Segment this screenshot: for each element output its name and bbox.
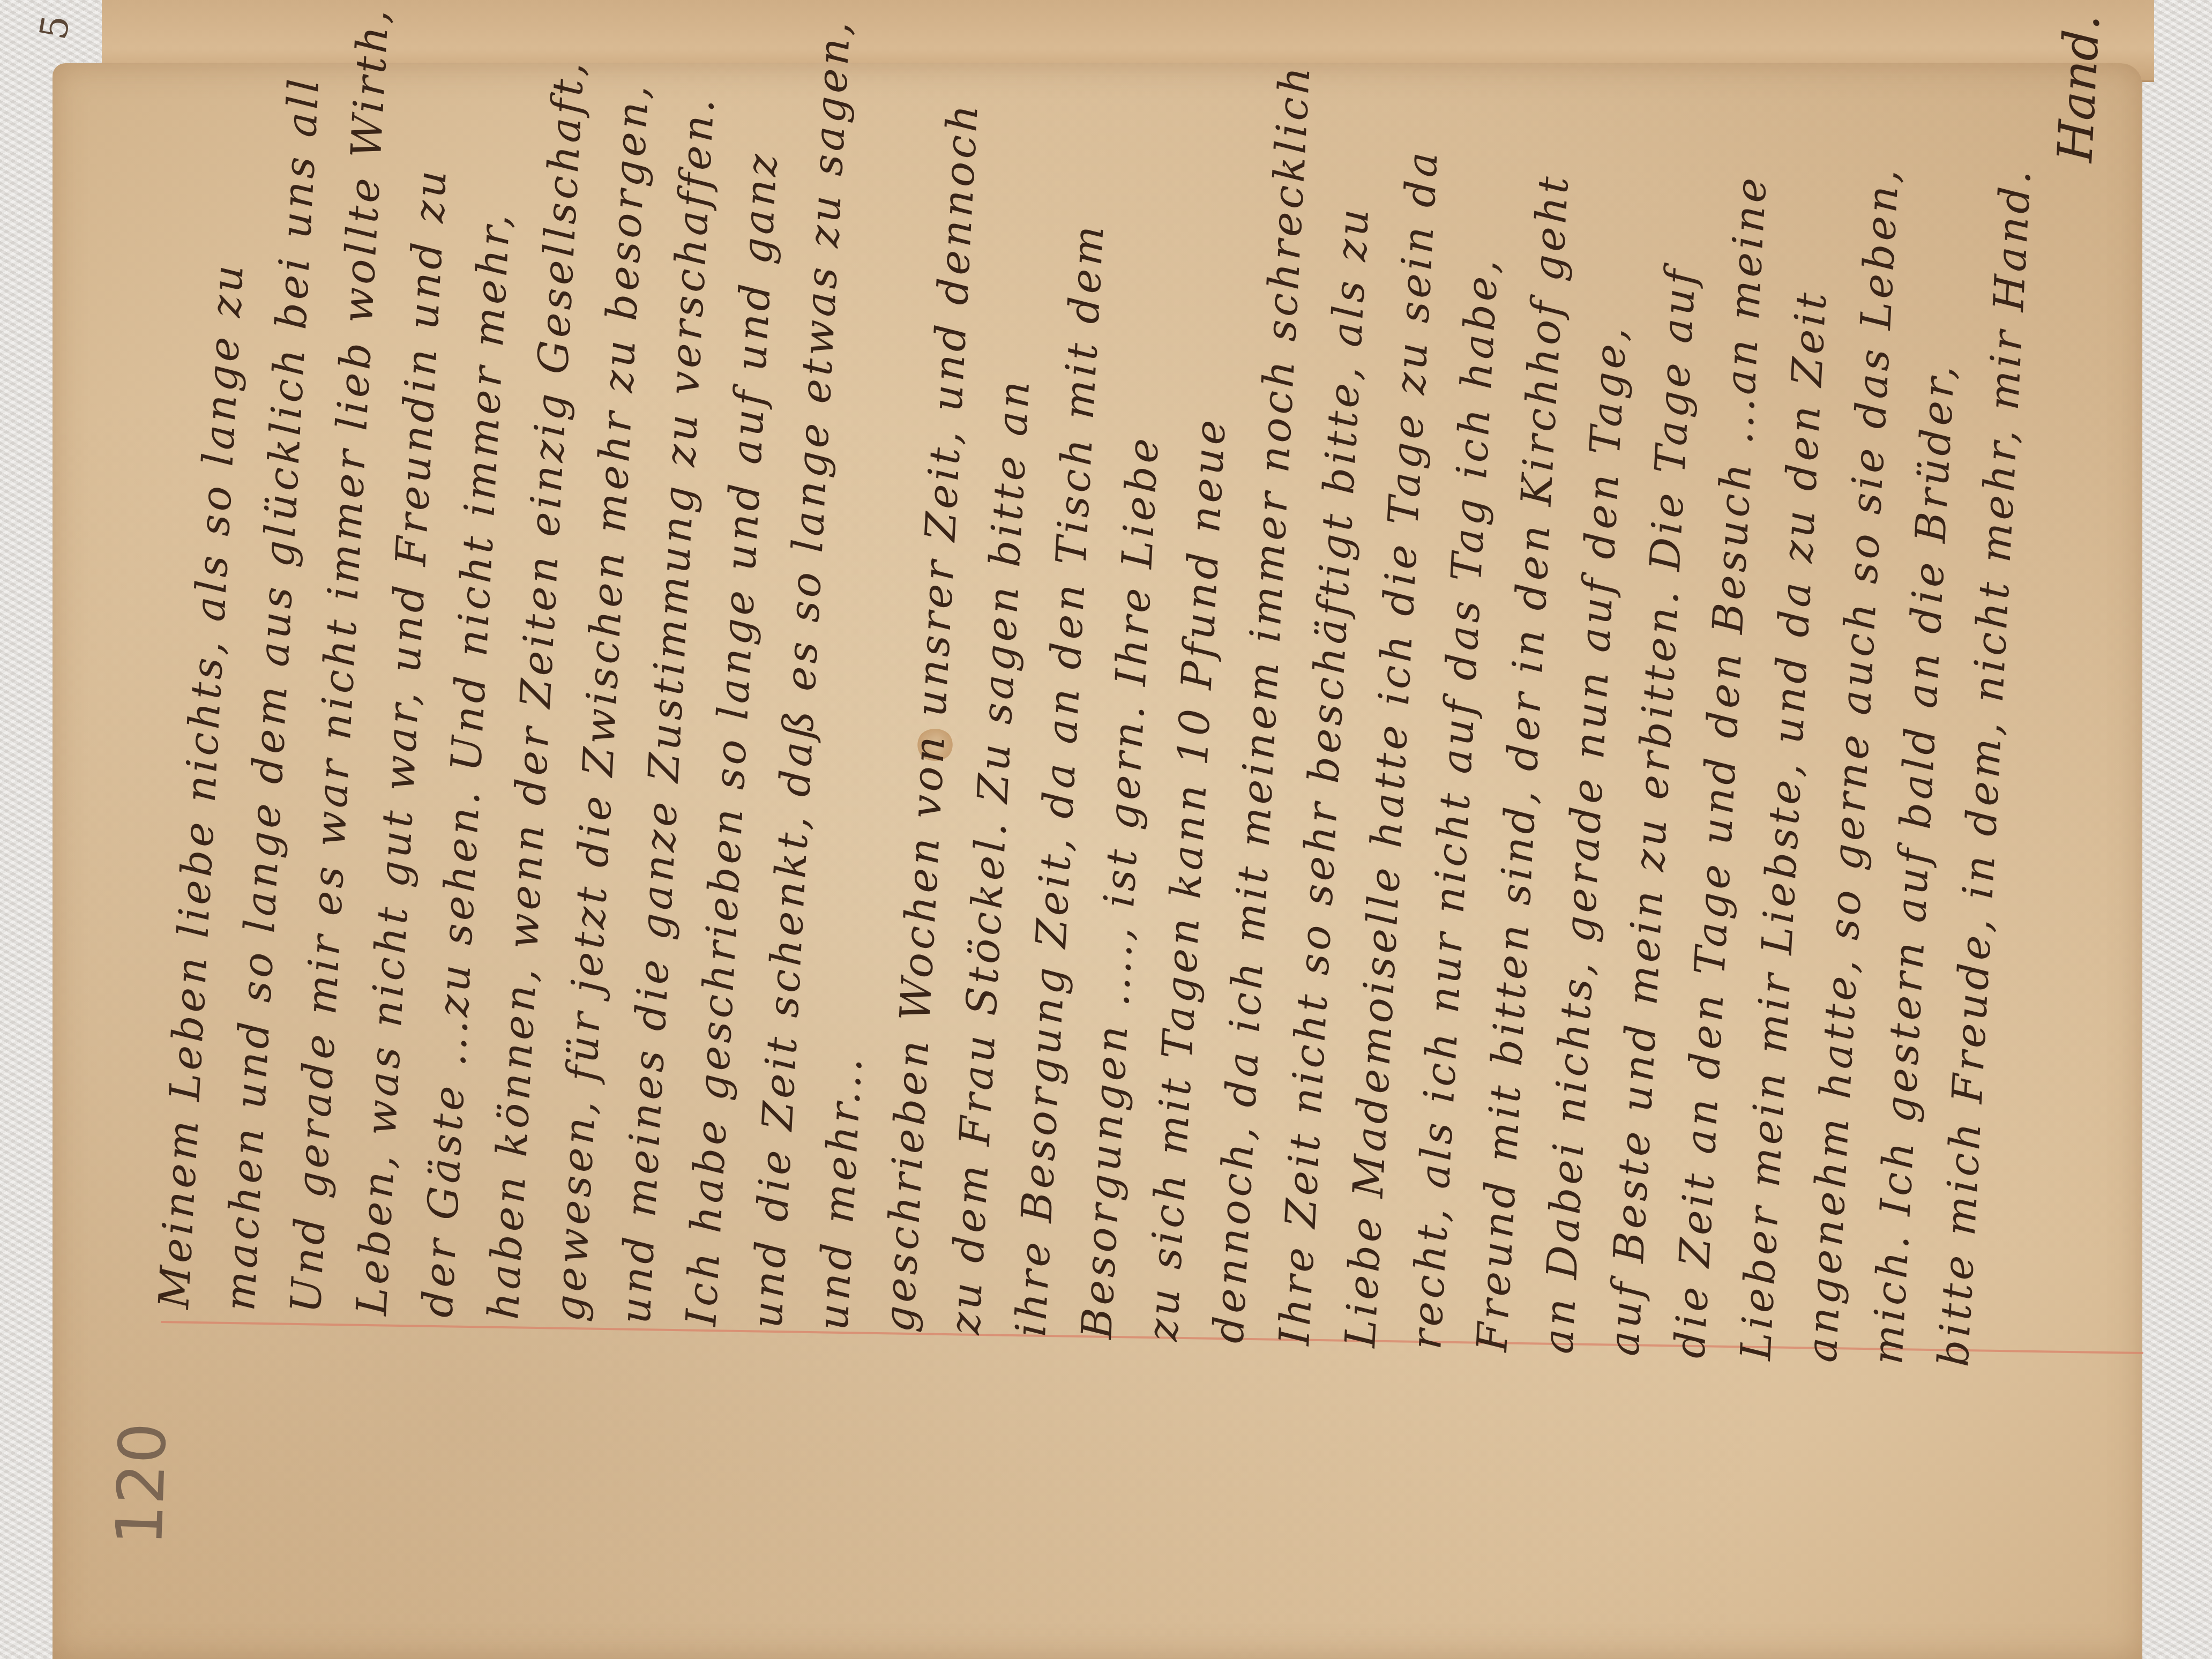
handwritten-line: bitte mich Freude, in dem, nicht mehr, m… bbox=[1930, 166, 2041, 1367]
closing-word: Hand. bbox=[2047, 13, 2111, 163]
handwritten-line: und mehr... bbox=[809, 1053, 872, 1332]
handwritten-text-block: Meinem Leben liebe nichts, als so lange … bbox=[0, 0, 2212, 1659]
